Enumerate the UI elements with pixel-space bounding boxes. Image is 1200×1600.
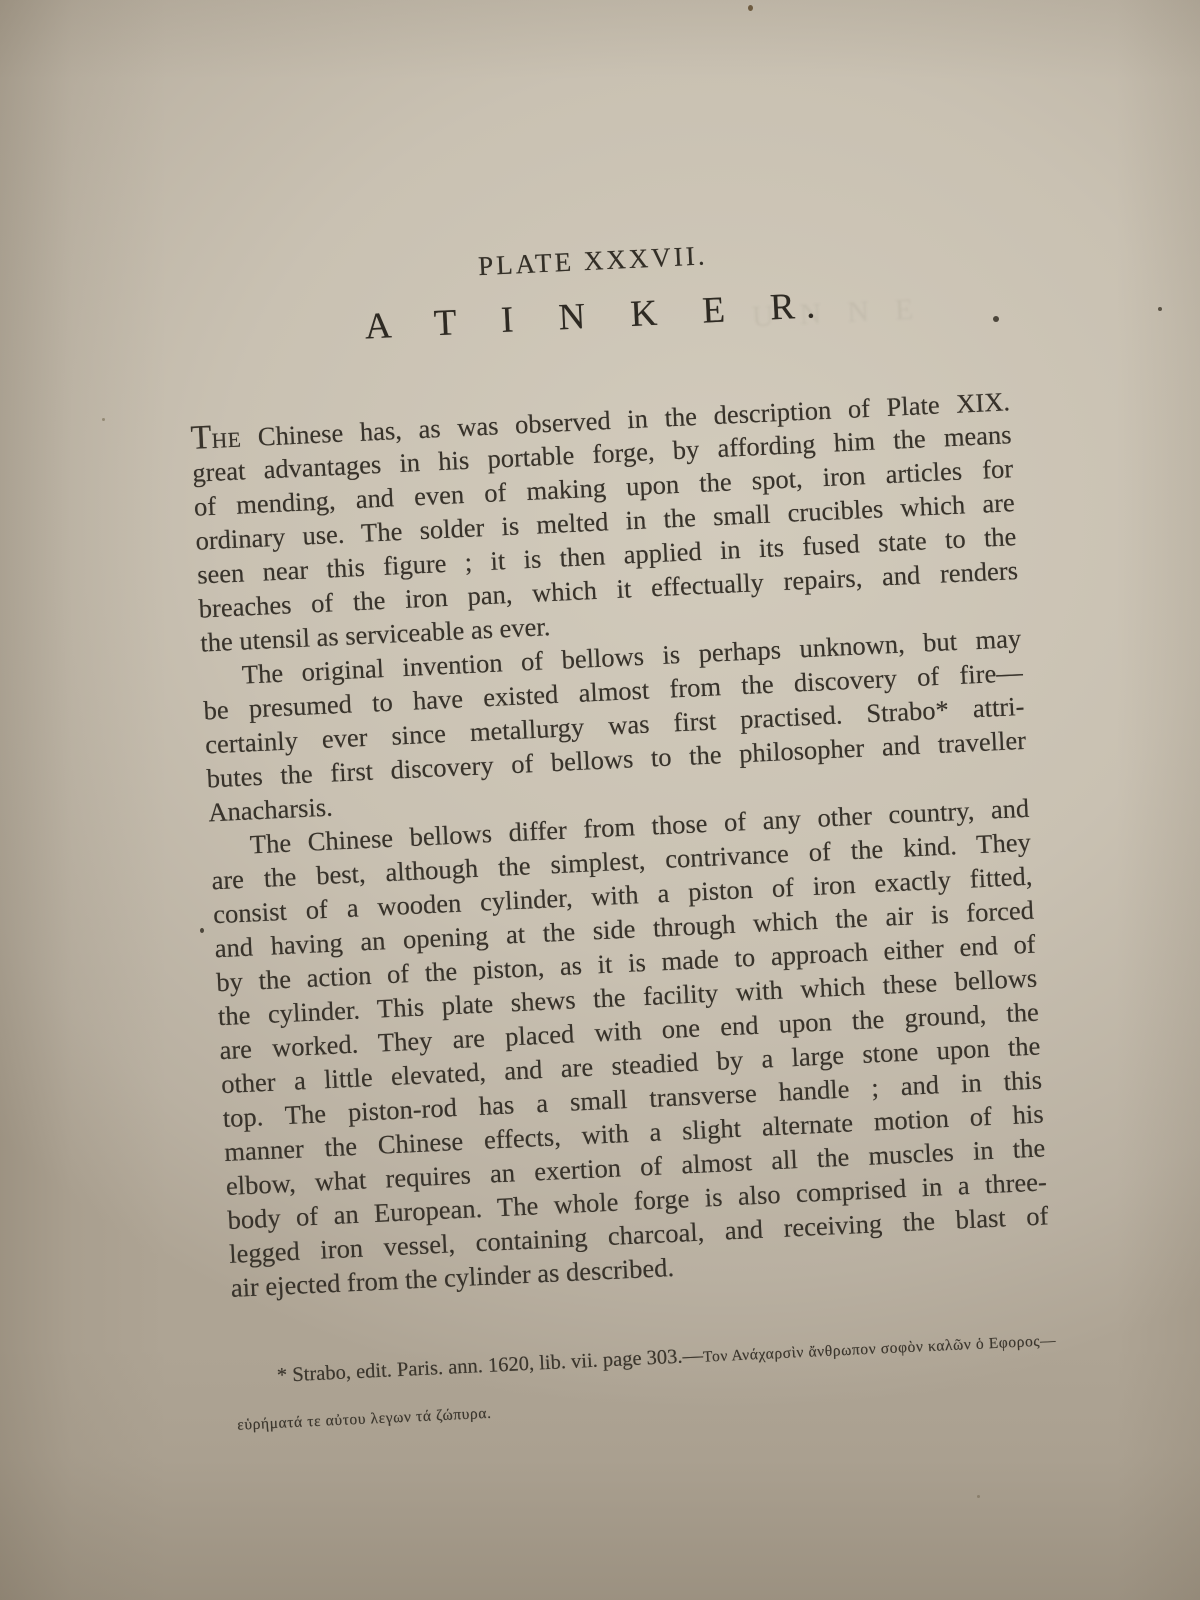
paper-speck (1158, 307, 1162, 311)
paper-speck (748, 5, 753, 11)
lead-capital: T (190, 419, 213, 457)
paper-speck (993, 316, 999, 322)
book-page: PLATE XXXVII. A T I N K E R. THE Chinese… (182, 221, 1061, 1538)
paper-speck (200, 928, 204, 933)
paper-speck (102, 418, 105, 421)
footnote: * Strabo, edit. Paris. ann. 1620, lib. v… (234, 1316, 1057, 1447)
paper-speck (977, 1495, 980, 1498)
lead-small-caps: HE (211, 427, 242, 452)
body-text: THE Chinese has, as was observed in the … (190, 383, 1051, 1305)
footnote-greek-segment: Τον Ανάχαρσὶν ἄνθρωπον σοφὸν καλῶν ὁ Εφο… (703, 1332, 1057, 1366)
footnote-greek-segment: εὑρήματά τε αὐτου λεγων τά ζώπυρα. (237, 1405, 492, 1434)
footnote-roman-segment: * Strabo, edit. Paris. ann. 1620, lib. v… (276, 1345, 703, 1387)
